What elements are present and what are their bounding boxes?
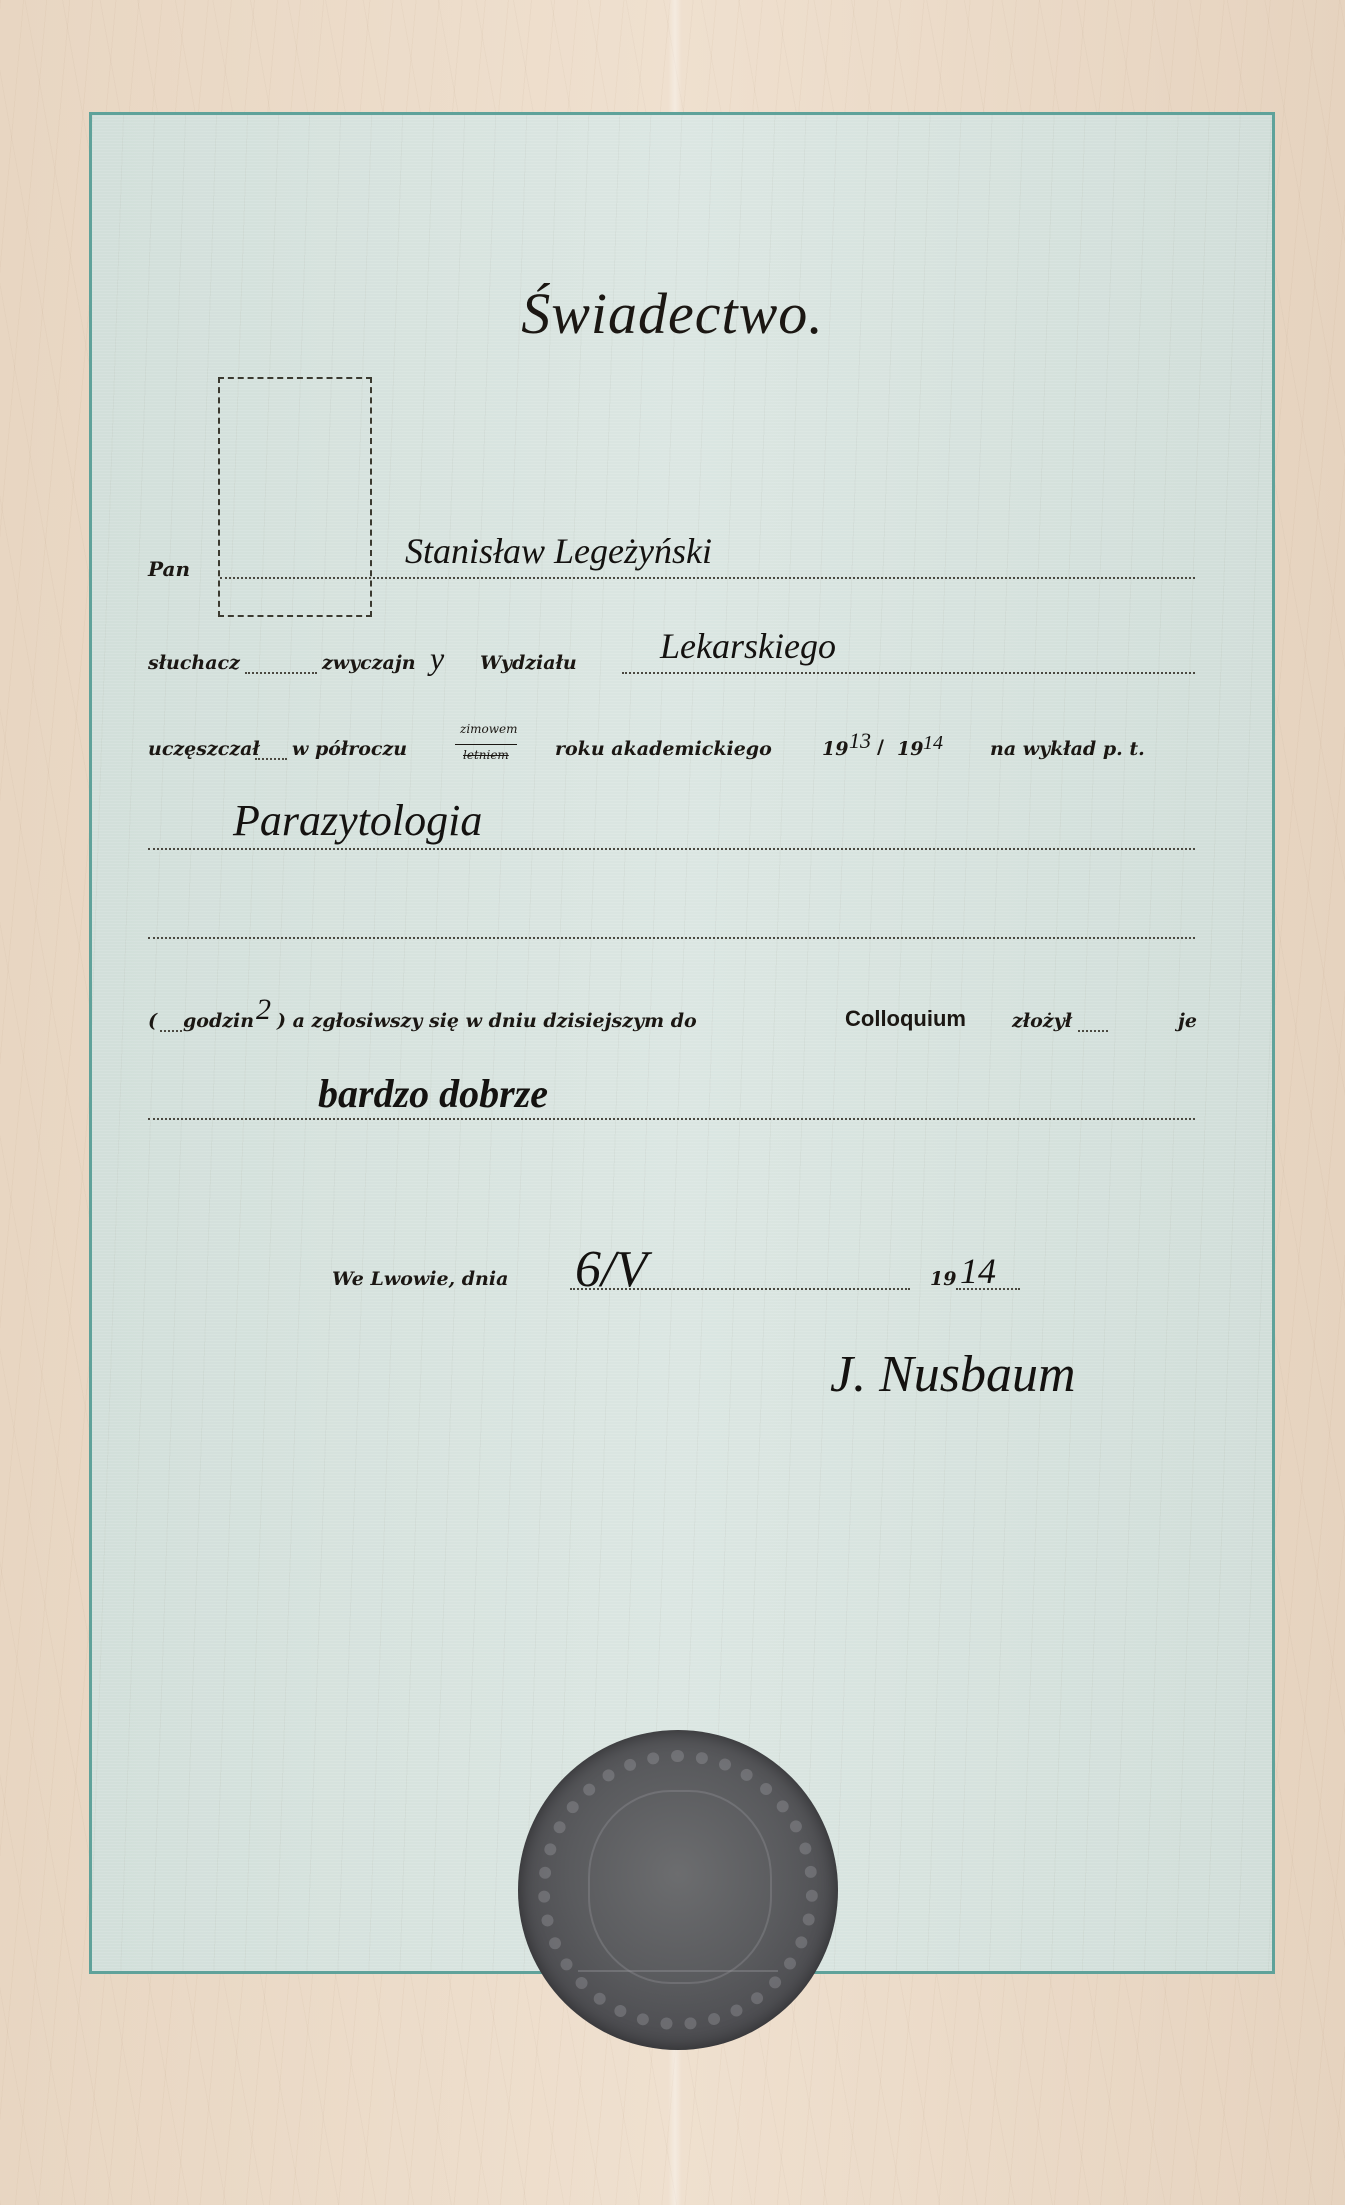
- year-from-prefix: 19: [822, 738, 848, 760]
- semester-winter: zimowem: [460, 722, 518, 736]
- date-value: 6/V: [575, 1240, 647, 1299]
- colloquium-text: ) a zgłosiwszy się w dniu dzisiejszym do: [277, 1010, 697, 1032]
- pan-line: [220, 577, 1195, 579]
- godzin-prefix-line: [160, 1030, 182, 1032]
- godzin-label: godzin: [183, 1010, 254, 1032]
- polroczu-label: w półroczu: [292, 738, 407, 760]
- colloquium-word: Colloquium: [845, 1006, 966, 1032]
- place-label: We Lwowie, dnia: [332, 1268, 508, 1290]
- hours-value: 2: [256, 993, 271, 1027]
- lecture-title: Parazytologia: [233, 795, 482, 846]
- photo-placeholder-box: [218, 377, 372, 617]
- sluchacz-label: słuchacz: [148, 652, 240, 674]
- lecture-line-1: [148, 848, 1195, 850]
- wyklad-label: na wykład p. t.: [990, 738, 1145, 760]
- seal-base-line: [578, 1970, 778, 1972]
- university-seal-icon: [518, 1730, 838, 2050]
- wydzialu-line: [622, 672, 1195, 674]
- uczeszczal-line: [255, 758, 287, 760]
- date-year-prefix: 19: [930, 1268, 956, 1290]
- zlozyl-line: [1078, 1030, 1108, 1032]
- zwyczajny-suffix: y: [430, 640, 444, 677]
- godzin-open-paren: (: [148, 1010, 157, 1032]
- document-title: Świadectwo.: [0, 280, 1345, 347]
- semester-fraction-line: [455, 744, 517, 745]
- sluchacz-line: [245, 672, 317, 674]
- faculty-value: Lekarskiego: [660, 625, 836, 667]
- year-separator: /: [877, 736, 884, 758]
- grade-line: [148, 1118, 1195, 1120]
- zlozyl-label: złożył: [1012, 1010, 1072, 1032]
- year-to-value: 14: [923, 732, 943, 755]
- signature: J. Nusbaum: [830, 1345, 1076, 1404]
- zwyczajny-label: zwyczajn: [322, 652, 416, 674]
- roku-label: roku akademickiego: [555, 738, 772, 760]
- year-to-prefix: 19: [897, 738, 923, 760]
- student-name: Stanisław Legeżyński: [405, 530, 712, 572]
- year-from-value: 13: [849, 728, 871, 754]
- date-year-value: 14: [960, 1250, 996, 1292]
- lecture-line-2: [148, 937, 1195, 939]
- uczeszczal-label: uczęszczał: [148, 738, 260, 760]
- pan-label: Pan: [148, 557, 190, 581]
- seal-coat-of-arms: [588, 1790, 772, 1984]
- wydzialu-label: Wydziału: [480, 652, 577, 674]
- semester-summer-struck: letniem: [463, 748, 509, 762]
- grade-value: bardzo dobrze: [318, 1070, 548, 1117]
- je-label: je: [1178, 1010, 1197, 1032]
